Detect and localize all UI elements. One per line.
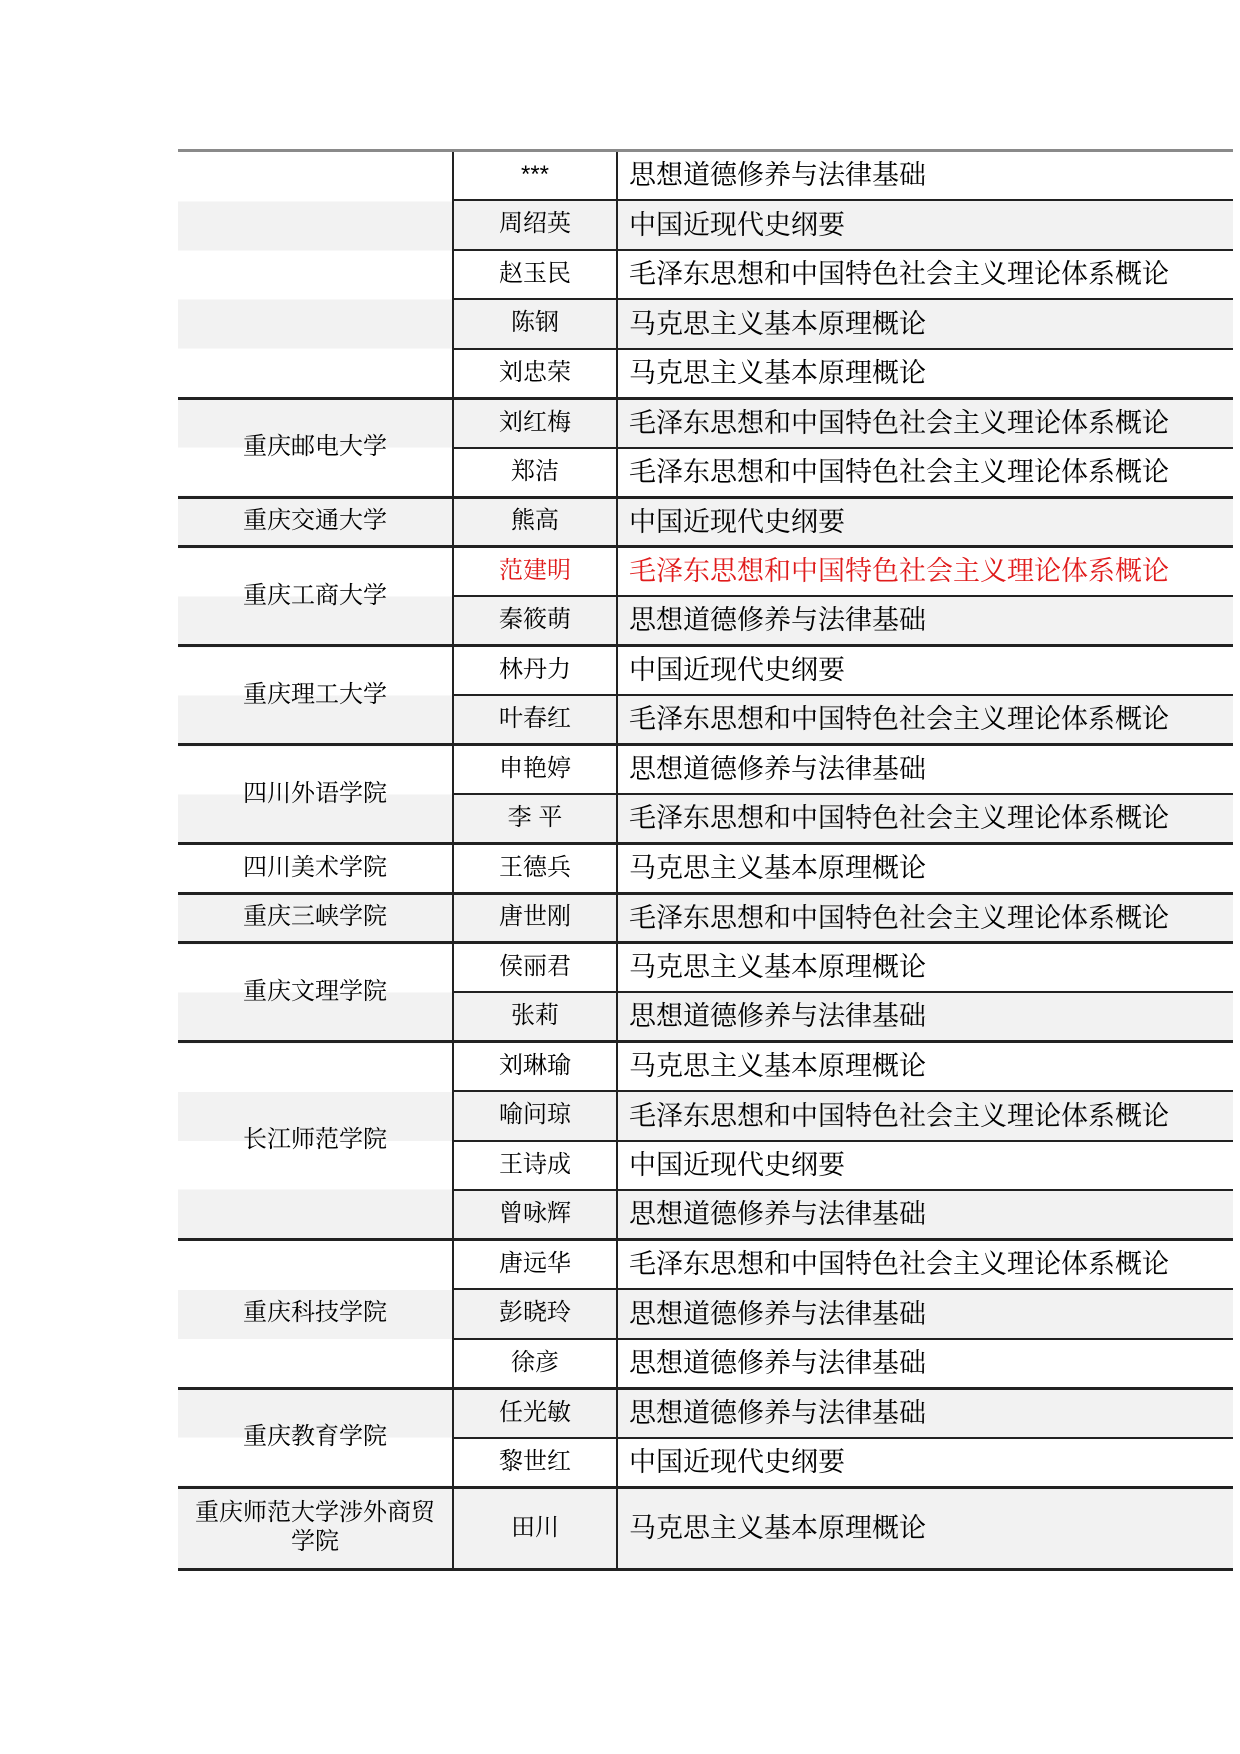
course-name-cell: 马克思主义基本原理概论 bbox=[617, 1487, 1233, 1569]
course-name-cell: 中国近现代史纲要 bbox=[617, 200, 1233, 250]
course-name-cell: 毛泽东思想和中国特色社会主义理论体系概论 bbox=[617, 250, 1233, 300]
course-name-cell: 思想道德修养与法律基础 bbox=[617, 151, 1233, 201]
university-cell: 长江师范学院 bbox=[178, 1042, 453, 1240]
instructor-name-cell: 范建明 bbox=[453, 547, 617, 597]
document-page: ***思想道德修养与法律基础周绍英中国近现代史纲要赵玉民毛泽东思想和中国特色社会… bbox=[0, 0, 1240, 1754]
course-name-cell: 思想道德修养与法律基础 bbox=[617, 1388, 1233, 1438]
course-name-cell: 毛泽东思想和中国特色社会主义理论体系概论 bbox=[617, 547, 1233, 597]
university-instructor-course-table: ***思想道德修养与法律基础周绍英中国近现代史纲要赵玉民毛泽东思想和中国特色社会… bbox=[178, 149, 1233, 1571]
course-name-cell: 中国近现代史纲要 bbox=[617, 497, 1233, 547]
university-cell: 重庆邮电大学 bbox=[178, 398, 453, 497]
course-name-cell: 毛泽东思想和中国特色社会主义理论体系概论 bbox=[617, 893, 1233, 943]
course-name-cell: 毛泽东思想和中国特色社会主义理论体系概论 bbox=[617, 794, 1233, 844]
instructor-name-cell: 彭晓玲 bbox=[453, 1289, 617, 1339]
university-cell: 重庆工商大学 bbox=[178, 547, 453, 646]
course-name-cell: 马克思主义基本原理概论 bbox=[617, 1042, 1233, 1092]
course-name-cell: 毛泽东思想和中国特色社会主义理论体系概论 bbox=[617, 448, 1233, 498]
university-cell: 重庆文理学院 bbox=[178, 943, 453, 1042]
instructor-name-cell: 任光敏 bbox=[453, 1388, 617, 1438]
university-cell: 四川外语学院 bbox=[178, 745, 453, 844]
instructor-name-cell: 田川 bbox=[453, 1487, 617, 1569]
table-row: 重庆邮电大学刘红梅毛泽东思想和中国特色社会主义理论体系概论 bbox=[178, 398, 1233, 448]
instructor-name-cell: *** bbox=[453, 151, 617, 201]
table-row: 重庆师范大学涉外商贸学院田川马克思主义基本原理概论 bbox=[178, 1487, 1233, 1569]
course-name-cell: 毛泽东思想和中国特色社会主义理论体系概论 bbox=[617, 1091, 1233, 1141]
table-row: 重庆理工大学林丹力中国近现代史纲要 bbox=[178, 646, 1233, 696]
table-row: 重庆教育学院任光敏思想道德修养与法律基础 bbox=[178, 1388, 1233, 1438]
instructor-name-cell: 熊高 bbox=[453, 497, 617, 547]
table-row: 长江师范学院刘琳瑜马克思主义基本原理概论 bbox=[178, 1042, 1233, 1092]
instructor-name-cell: 张莉 bbox=[453, 992, 617, 1042]
course-name-cell: 马克思主义基本原理概论 bbox=[617, 943, 1233, 993]
course-name-cell: 马克思主义基本原理概论 bbox=[617, 844, 1233, 894]
course-name-cell: 思想道德修养与法律基础 bbox=[617, 1289, 1233, 1339]
university-cell: 重庆科技学院 bbox=[178, 1240, 453, 1389]
instructor-name-cell: 侯丽君 bbox=[453, 943, 617, 993]
course-name-cell: 中国近现代史纲要 bbox=[617, 1438, 1233, 1488]
table-row: 重庆科技学院唐远华毛泽东思想和中国特色社会主义理论体系概论 bbox=[178, 1240, 1233, 1290]
university-cell: 重庆理工大学 bbox=[178, 646, 453, 745]
course-name-cell: 马克思主义基本原理概论 bbox=[617, 349, 1233, 399]
table-row: 重庆三峡学院唐世刚毛泽东思想和中国特色社会主义理论体系概论 bbox=[178, 893, 1233, 943]
university-cell: 重庆师范大学涉外商贸学院 bbox=[178, 1487, 453, 1569]
instructor-name-cell: 李 平 bbox=[453, 794, 617, 844]
instructor-name-cell: 王诗成 bbox=[453, 1141, 617, 1191]
instructor-name-cell: 郑洁 bbox=[453, 448, 617, 498]
university-cell: 重庆交通大学 bbox=[178, 497, 453, 547]
course-name-cell: 思想道德修养与法律基础 bbox=[617, 596, 1233, 646]
instructor-name-cell: 唐世刚 bbox=[453, 893, 617, 943]
instructor-name-cell: 叶春红 bbox=[453, 695, 617, 745]
course-name-cell: 中国近现代史纲要 bbox=[617, 646, 1233, 696]
course-name-cell: 思想道德修养与法律基础 bbox=[617, 1190, 1233, 1240]
table-row: ***思想道德修养与法律基础 bbox=[178, 151, 1233, 201]
instructor-name-cell: 陈钢 bbox=[453, 299, 617, 349]
instructor-name-cell: 黎世红 bbox=[453, 1438, 617, 1488]
instructor-name-cell: 徐彦 bbox=[453, 1339, 617, 1389]
course-name-cell: 思想道德修养与法律基础 bbox=[617, 1339, 1233, 1389]
course-name-cell: 毛泽东思想和中国特色社会主义理论体系概论 bbox=[617, 695, 1233, 745]
instructor-name-cell: 申艳婷 bbox=[453, 745, 617, 795]
table-body: ***思想道德修养与法律基础周绍英中国近现代史纲要赵玉民毛泽东思想和中国特色社会… bbox=[178, 151, 1233, 1570]
course-name-cell: 毛泽东思想和中国特色社会主义理论体系概论 bbox=[617, 1240, 1233, 1290]
instructor-name-cell: 刘琳瑜 bbox=[453, 1042, 617, 1092]
university-cell bbox=[178, 151, 453, 399]
table-row: 重庆文理学院侯丽君马克思主义基本原理概论 bbox=[178, 943, 1233, 993]
table-row: 四川外语学院申艳婷思想道德修养与法律基础 bbox=[178, 745, 1233, 795]
instructor-name-cell: 喻问琼 bbox=[453, 1091, 617, 1141]
university-cell: 重庆三峡学院 bbox=[178, 893, 453, 943]
instructor-name-cell: 刘红梅 bbox=[453, 398, 617, 448]
course-name-cell: 中国近现代史纲要 bbox=[617, 1141, 1233, 1191]
table-row: 重庆工商大学范建明毛泽东思想和中国特色社会主义理论体系概论 bbox=[178, 547, 1233, 597]
university-cell: 四川美术学院 bbox=[178, 844, 453, 894]
instructor-name-cell: 刘忠荣 bbox=[453, 349, 617, 399]
course-name-cell: 思想道德修养与法律基础 bbox=[617, 745, 1233, 795]
course-name-cell: 马克思主义基本原理概论 bbox=[617, 299, 1233, 349]
instructor-name-cell: 秦筱萌 bbox=[453, 596, 617, 646]
course-name-cell: 毛泽东思想和中国特色社会主义理论体系概论 bbox=[617, 398, 1233, 448]
university-cell: 重庆教育学院 bbox=[178, 1388, 453, 1487]
instructor-name-cell: 林丹力 bbox=[453, 646, 617, 696]
course-name-cell: 思想道德修养与法律基础 bbox=[617, 992, 1233, 1042]
instructor-name-cell: 周绍英 bbox=[453, 200, 617, 250]
table-row: 重庆交通大学熊高中国近现代史纲要 bbox=[178, 497, 1233, 547]
instructor-name-cell: 曾咏辉 bbox=[453, 1190, 617, 1240]
instructor-name-cell: 唐远华 bbox=[453, 1240, 617, 1290]
instructor-name-cell: 赵玉民 bbox=[453, 250, 617, 300]
instructor-name-cell: 王德兵 bbox=[453, 844, 617, 894]
table-row: 四川美术学院王德兵马克思主义基本原理概论 bbox=[178, 844, 1233, 894]
